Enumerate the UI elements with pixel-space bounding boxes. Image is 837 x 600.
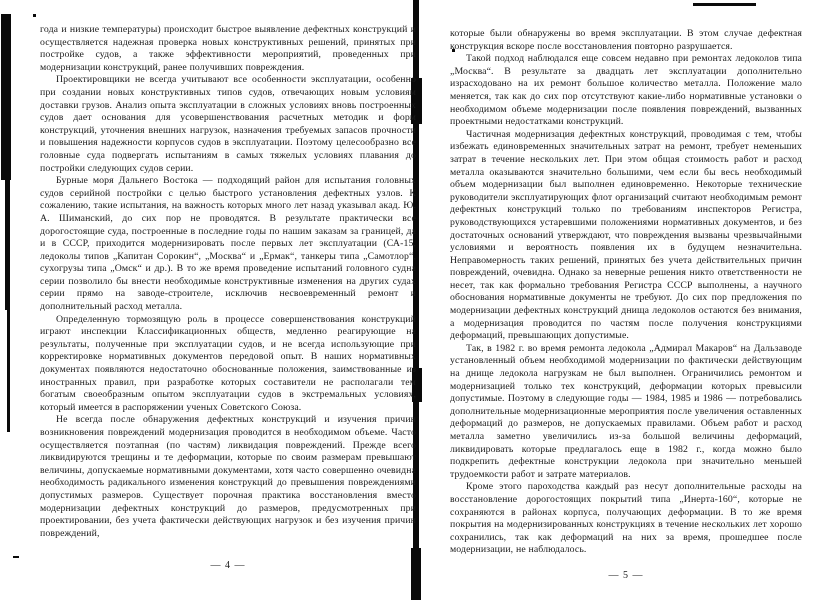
page-left: года и низкие температуры) происходит бы… (40, 24, 416, 540)
ink-speck (13, 556, 19, 558)
paragraph: года и низкие температуры) происходит бы… (40, 24, 416, 74)
scan-artifact-left-edge (5, 180, 10, 310)
paragraph: Такой подход наблюдался еще совсем недав… (450, 53, 802, 129)
page-number: — 4 — (40, 560, 416, 571)
paragraph: Частичная модернизация дефектных констру… (450, 129, 802, 343)
scan-artifact-left-edge (1, 14, 11, 180)
paragraph: Не всегда после обнаружения дефектных ко… (40, 414, 416, 540)
page-right: которые были обнаружены во время эксплуа… (450, 28, 802, 557)
paragraph: Так, в 1982 г. во время ремонта ледокола… (450, 343, 802, 482)
page-number: — 5 — (450, 570, 802, 581)
paragraph: Определенную тормозящую роль в процессе … (40, 314, 416, 415)
book-spine-blob (411, 548, 421, 600)
scan-artifact-top-right-line (693, 3, 756, 6)
paragraph: Кроме этого пароходства каждый раз несут… (450, 481, 802, 557)
scan-artifact-left-edge (7, 310, 10, 432)
ink-speck (33, 14, 36, 17)
paragraph: Бурные моря Дальнего Востока — подходящи… (40, 175, 416, 314)
paragraph: которые были обнаружены во время эксплуа… (450, 28, 802, 53)
paragraph: Проектировщики не всегда учитывают все о… (40, 74, 416, 175)
